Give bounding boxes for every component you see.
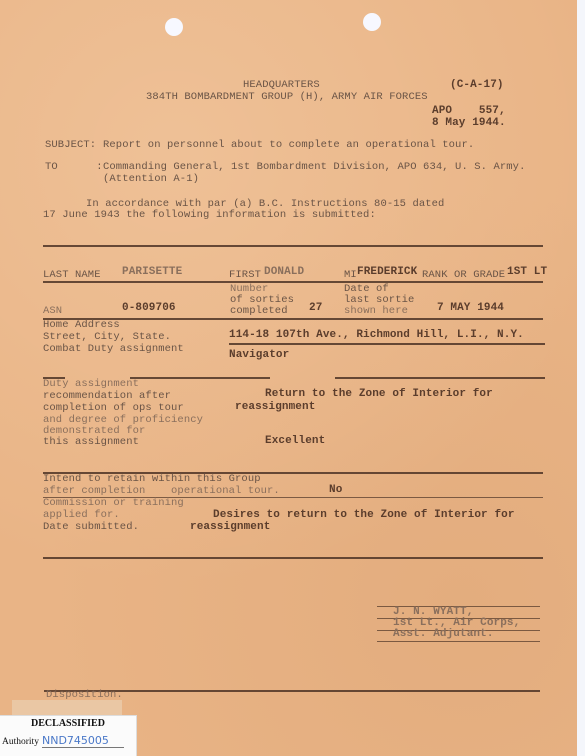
declassified-stamp: DECLASSIFIED Authority NND745005 bbox=[0, 715, 137, 756]
apo-number: APO 557, bbox=[432, 106, 506, 117]
intro-line-2: 17 June 1943 the following information i… bbox=[43, 210, 376, 221]
address-value: 114-18 107th Ave., Richmond Hill, L.I., … bbox=[229, 330, 524, 341]
commission-label-2: applied for. bbox=[43, 510, 120, 521]
commission-rule bbox=[43, 557, 543, 559]
signature-rule-4 bbox=[377, 641, 540, 642]
commission-label-1: Commission or training bbox=[43, 498, 184, 509]
combat-rule-right bbox=[335, 377, 545, 379]
commission-value-2: reassignment bbox=[190, 522, 270, 533]
middle-name-value: FREDERICK bbox=[357, 267, 417, 278]
address-rule bbox=[229, 343, 545, 345]
subject-text: Report on personnel about to complete an… bbox=[103, 140, 474, 151]
punch-hole-right bbox=[363, 13, 381, 31]
rank-value: 1ST LT bbox=[507, 267, 547, 278]
combat-rule-mid bbox=[130, 377, 270, 379]
proficiency-value: Excellent bbox=[265, 436, 325, 447]
first-name-value: DONALD bbox=[264, 267, 304, 278]
last-sortie-value: 7 MAY 1944 bbox=[437, 303, 504, 314]
first-name-label: FIRST bbox=[229, 270, 261, 281]
retain-label-1: Intend to retain within this Group bbox=[43, 474, 261, 485]
retain-label-2: after completion operational tour. bbox=[43, 486, 280, 497]
last-name-label: LAST NAME bbox=[43, 270, 101, 281]
address-label-1: Home Address bbox=[43, 320, 120, 331]
to-text: Commanding General, 1st Bombardment Divi… bbox=[103, 162, 525, 173]
sorties-label-3: completed bbox=[230, 306, 288, 317]
document-date: 8 May 1944. bbox=[432, 118, 506, 129]
last-name-value: PARISETTE bbox=[122, 267, 182, 278]
punch-hole-left bbox=[165, 18, 183, 36]
sorties-value: 27 bbox=[309, 303, 322, 314]
last-sortie-label-3: shown here bbox=[344, 306, 408, 317]
middle-name-label: MI bbox=[344, 270, 357, 281]
divider-top bbox=[43, 245, 543, 247]
combat-duty-label: Combat Duty assignment bbox=[43, 344, 184, 355]
retain-value: No bbox=[329, 485, 342, 496]
rank-label: RANK OR GRADE bbox=[422, 270, 505, 281]
document-page: HEADQUARTERS 384TH BOMBARDMENT GROUP (H)… bbox=[0, 0, 577, 756]
combat-duty-value: Navigator bbox=[229, 350, 289, 361]
duty-recommendation-1: Return to the Zone of Interior for bbox=[265, 389, 493, 400]
header-unit: 384TH BOMBARDMENT GROUP (H), ARMY AIR FO… bbox=[146, 92, 428, 103]
subject-label: SUBJECT: bbox=[45, 140, 96, 151]
asn-value: 0-809706 bbox=[122, 303, 176, 314]
to-attention: (Attention A-1) bbox=[103, 174, 199, 185]
name-row-rule bbox=[43, 281, 543, 283]
asn-label: ASN bbox=[43, 306, 62, 317]
signature-title: Asst. Adjutant. bbox=[393, 629, 494, 640]
header-hq: HEADQUARTERS bbox=[243, 80, 320, 91]
commission-label-3: Date submitted. bbox=[43, 522, 139, 533]
stamp-authority-label: Authority bbox=[2, 737, 39, 747]
duty-recommendation-2: reassignment bbox=[235, 402, 315, 413]
stamp-title: DECLASSIFIED bbox=[0, 718, 136, 729]
stamp-authority-number: NND745005 bbox=[42, 734, 124, 748]
address-label-2: Street, City, State. bbox=[43, 332, 171, 343]
form-code: (C-A-17) bbox=[450, 80, 504, 91]
commission-value-1: Desires to return to the Zone of Interio… bbox=[213, 510, 515, 521]
to-label: TO : bbox=[45, 162, 103, 173]
